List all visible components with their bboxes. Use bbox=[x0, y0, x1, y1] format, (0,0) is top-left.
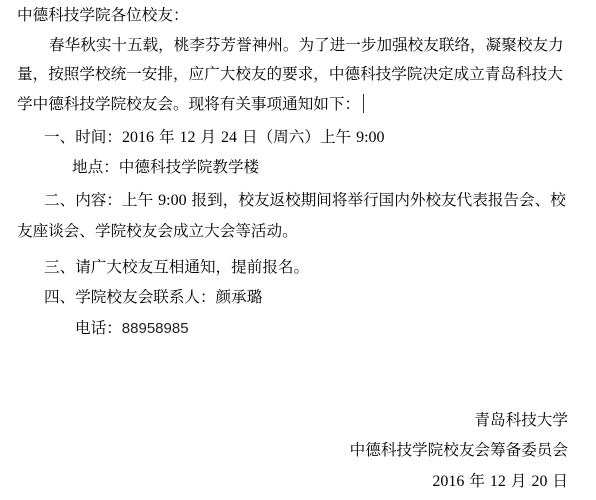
item-time-month: 12 bbox=[180, 129, 196, 146]
location-label: 地点： bbox=[72, 158, 119, 176]
text-cursor bbox=[363, 94, 364, 113]
date-year: 2016 bbox=[432, 473, 464, 490]
date-day: 20 bbox=[531, 473, 547, 490]
item-contact: 四、学院校友会联系人：颜承璐 bbox=[44, 287, 262, 307]
intro-line-3-text: 学中德科技学院校友会。现将有关事项通知如下： bbox=[17, 95, 360, 113]
item-time-year: 2016 bbox=[122, 129, 154, 146]
signature-university: 青岛科技大学 bbox=[474, 410, 568, 430]
item-phone: 电话：88958985 bbox=[75, 318, 189, 339]
year-char: 年 bbox=[154, 128, 180, 146]
signature-committee: 中德科技学院校友会筹备委员会 bbox=[350, 440, 568, 460]
date-month-char: 月 bbox=[506, 472, 532, 490]
intro-line-2: 量，按照学校统一安排，应广大校友的要求，中德科技学院决定成立青岛科技大 bbox=[17, 64, 563, 84]
item-time-label: 一、时间： bbox=[44, 128, 122, 146]
content-label: 二、内容：上午 bbox=[44, 191, 158, 209]
item-location: 地点：中德科技学院教学楼 bbox=[72, 157, 259, 177]
phone-value: 88958985 bbox=[122, 320, 189, 337]
item-content-line-2: 友座谈会、学院校友会成立大会等活动。 bbox=[17, 221, 298, 241]
location-value: 中德科技学院教学楼 bbox=[119, 158, 259, 176]
signature-date: 2016 年 12 月 20 日 bbox=[432, 471, 568, 492]
contact-name: 颜承璐 bbox=[216, 288, 263, 306]
contact-label: 四、学院校友会联系人： bbox=[44, 288, 216, 306]
intro-line-3: 学中德科技学院校友会。现将有关事项通知如下： bbox=[17, 94, 364, 114]
date-year-char: 年 bbox=[464, 472, 490, 490]
phone-label: 电话： bbox=[75, 319, 122, 337]
content-time: 9:00 bbox=[158, 192, 186, 209]
item-time-hour: 9:00 bbox=[356, 129, 384, 146]
item-content-line-1: 二、内容：上午 9:00 报到，校友返校期间将举行国内外校友代表报告会、校 bbox=[44, 190, 566, 211]
month-char: 月 bbox=[196, 128, 222, 146]
item-time-day: 24 bbox=[221, 129, 237, 146]
salutation: 中德科技学院各位校友： bbox=[17, 5, 189, 25]
date-day-char: 日 bbox=[547, 472, 568, 490]
intro-line-1: 春华秋实十五载，桃李芬芳誉神州。为了进一步加强校友联络，凝聚校友力 bbox=[49, 35, 564, 55]
date-month: 12 bbox=[490, 473, 506, 490]
item-time: 一、时间：2016 年 12 月 24 日（周六）上午 9:00 bbox=[44, 127, 385, 148]
content-text: 报到，校友返校期间将举行国内外校友代表报告会、校 bbox=[187, 191, 566, 209]
item-notice: 三、请广大校友互相通知，提前报名。 bbox=[44, 257, 309, 277]
day-char: 日（周六）上午 bbox=[237, 128, 356, 146]
